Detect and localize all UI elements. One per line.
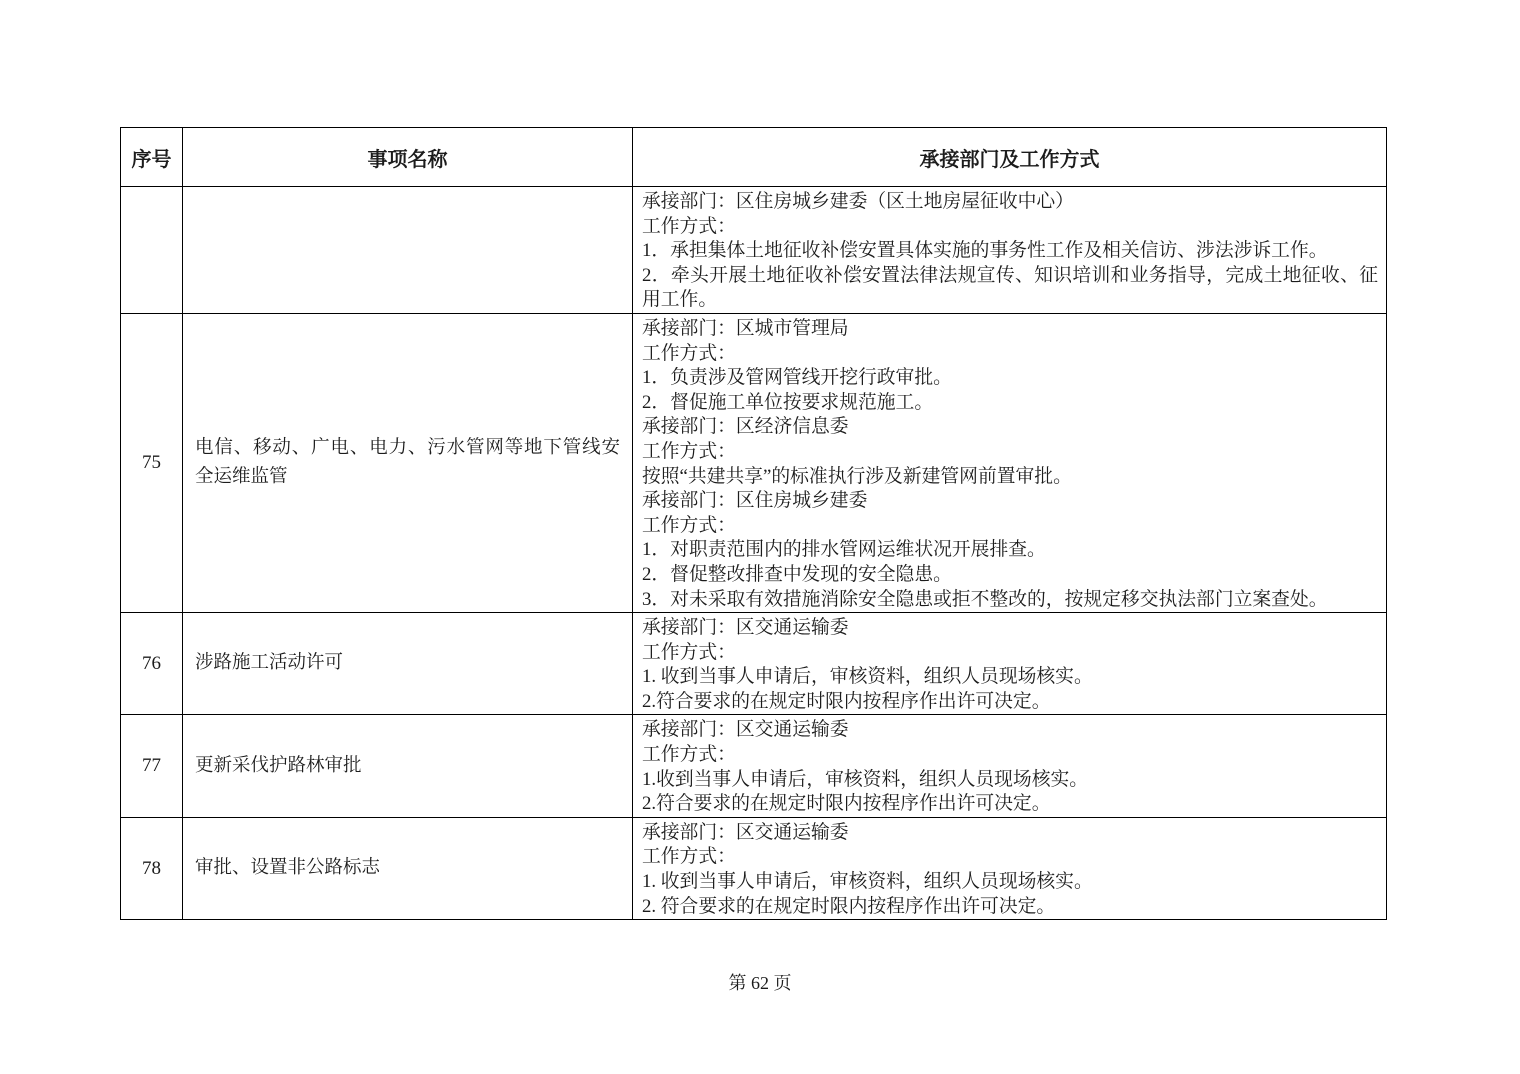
table-row: 75 电信、移动、广电、电力、污水管网等地下管线安全运维监管 承接部门：区城市管… bbox=[121, 313, 1387, 612]
detail-line: 工作方式： bbox=[642, 743, 1378, 768]
detail-line: 工作方式： bbox=[642, 514, 1378, 539]
detail-line: 2.符合要求的在规定时限内按程序作出许可决定。 bbox=[642, 792, 1378, 817]
cell-serial-number: 77 bbox=[121, 715, 183, 817]
cell-item-name bbox=[183, 187, 633, 314]
detail-line: 1．对职责范围内的排水管网运维状况开展排查。 bbox=[642, 538, 1378, 563]
table-row: 77 更新采伐护路林审批 承接部门：区交通运输委 工作方式： 1.收到当事人申请… bbox=[121, 715, 1387, 817]
detail-line: 承接部门：区住房城乡建委 bbox=[642, 489, 1378, 514]
detail-line: 承接部门：区交通运输委 bbox=[642, 616, 1378, 641]
detail-line: 承接部门：区交通运输委 bbox=[642, 718, 1378, 743]
cell-item-name: 更新采伐护路林审批 bbox=[183, 715, 633, 817]
detail-line: 承接部门：区经济信息委 bbox=[642, 415, 1378, 440]
header-item-name: 事项名称 bbox=[183, 128, 633, 187]
cell-item-name: 涉路施工活动许可 bbox=[183, 613, 633, 715]
cell-serial-number: 76 bbox=[121, 613, 183, 715]
approval-items-table: 序号 事项名称 承接部门及工作方式 承接部门：区住房城乡建委（区土地房屋征收中心… bbox=[120, 127, 1387, 920]
header-department-method: 承接部门及工作方式 bbox=[633, 128, 1387, 187]
detail-line: 3．对未采取有效措施消除安全隐患或拒不整改的，按规定移交执法部门立案查处。 bbox=[642, 588, 1378, 613]
header-serial-number: 序号 bbox=[121, 128, 183, 187]
detail-line: 按照“共建共享”的标准执行涉及新建管网前置审批。 bbox=[642, 465, 1378, 490]
cell-department-method: 承接部门：区交通运输委 工作方式： 1. 收到当事人申请后，审核资料，组织人员现… bbox=[633, 613, 1387, 715]
detail-line: 2.符合要求的在规定时限内按程序作出许可决定。 bbox=[642, 690, 1378, 715]
cell-department-method: 承接部门：区城市管理局 工作方式： 1．负责涉及管网管线开挖行政审批。 2．督促… bbox=[633, 313, 1387, 612]
detail-line: 工作方式： bbox=[642, 845, 1378, 870]
cell-department-method: 承接部门：区交通运输委 工作方式： 1. 收到当事人申请后，审核资料，组织人员现… bbox=[633, 817, 1387, 919]
detail-line: 1.收到当事人申请后，审核资料，组织人员现场核实。 bbox=[642, 768, 1378, 793]
table-header-row: 序号 事项名称 承接部门及工作方式 bbox=[121, 128, 1387, 187]
detail-line: 1. 收到当事人申请后，审核资料，组织人员现场核实。 bbox=[642, 870, 1378, 895]
detail-line: 1．负责涉及管网管线开挖行政审批。 bbox=[642, 366, 1378, 391]
detail-line: 2. 符合要求的在规定时限内按程序作出许可决定。 bbox=[642, 895, 1378, 920]
table-row: 76 涉路施工活动许可 承接部门：区交通运输委 工作方式： 1. 收到当事人申请… bbox=[121, 613, 1387, 715]
detail-line: 承接部门：区交通运输委 bbox=[642, 821, 1378, 846]
cell-serial-number: 78 bbox=[121, 817, 183, 919]
page-number: 第 62 页 bbox=[0, 969, 1520, 995]
detail-line: 承接部门：区城市管理局 bbox=[642, 317, 1378, 342]
cell-department-method: 承接部门：区住房城乡建委（区土地房屋征收中心） 工作方式： 1．承担集体土地征收… bbox=[633, 187, 1387, 314]
detail-line: 工作方式： bbox=[642, 440, 1378, 465]
detail-line: 承接部门：区住房城乡建委（区土地房屋征收中心） bbox=[642, 190, 1378, 215]
detail-line: 工作方式： bbox=[642, 342, 1378, 367]
detail-line: 1．承担集体土地征收补偿安置具体实施的事务性工作及相关信访、涉法涉诉工作。 bbox=[642, 239, 1378, 264]
table-row: 承接部门：区住房城乡建委（区土地房屋征收中心） 工作方式： 1．承担集体土地征收… bbox=[121, 187, 1387, 314]
cell-serial-number bbox=[121, 187, 183, 314]
detail-line: 工作方式： bbox=[642, 215, 1378, 240]
detail-line: 2．督促整改排查中发现的安全隐患。 bbox=[642, 563, 1378, 588]
cell-item-name: 审批、设置非公路标志 bbox=[183, 817, 633, 919]
detail-line: 1. 收到当事人申请后，审核资料，组织人员现场核实。 bbox=[642, 665, 1378, 690]
detail-line: 2．牵头开展土地征收补偿安置法律法规宣传、知识培训和业务指导，完成土地征收、征用… bbox=[642, 264, 1378, 313]
cell-department-method: 承接部门：区交通运输委 工作方式： 1.收到当事人申请后，审核资料，组织人员现场… bbox=[633, 715, 1387, 817]
detail-line: 工作方式： bbox=[642, 641, 1378, 666]
cell-item-name: 电信、移动、广电、电力、污水管网等地下管线安全运维监管 bbox=[183, 313, 633, 612]
cell-serial-number: 75 bbox=[121, 313, 183, 612]
detail-line: 2．督促施工单位按要求规范施工。 bbox=[642, 391, 1378, 416]
document-page: 序号 事项名称 承接部门及工作方式 承接部门：区住房城乡建委（区土地房屋征收中心… bbox=[0, 0, 1520, 1074]
table-row: 78 审批、设置非公路标志 承接部门：区交通运输委 工作方式： 1. 收到当事人… bbox=[121, 817, 1387, 919]
